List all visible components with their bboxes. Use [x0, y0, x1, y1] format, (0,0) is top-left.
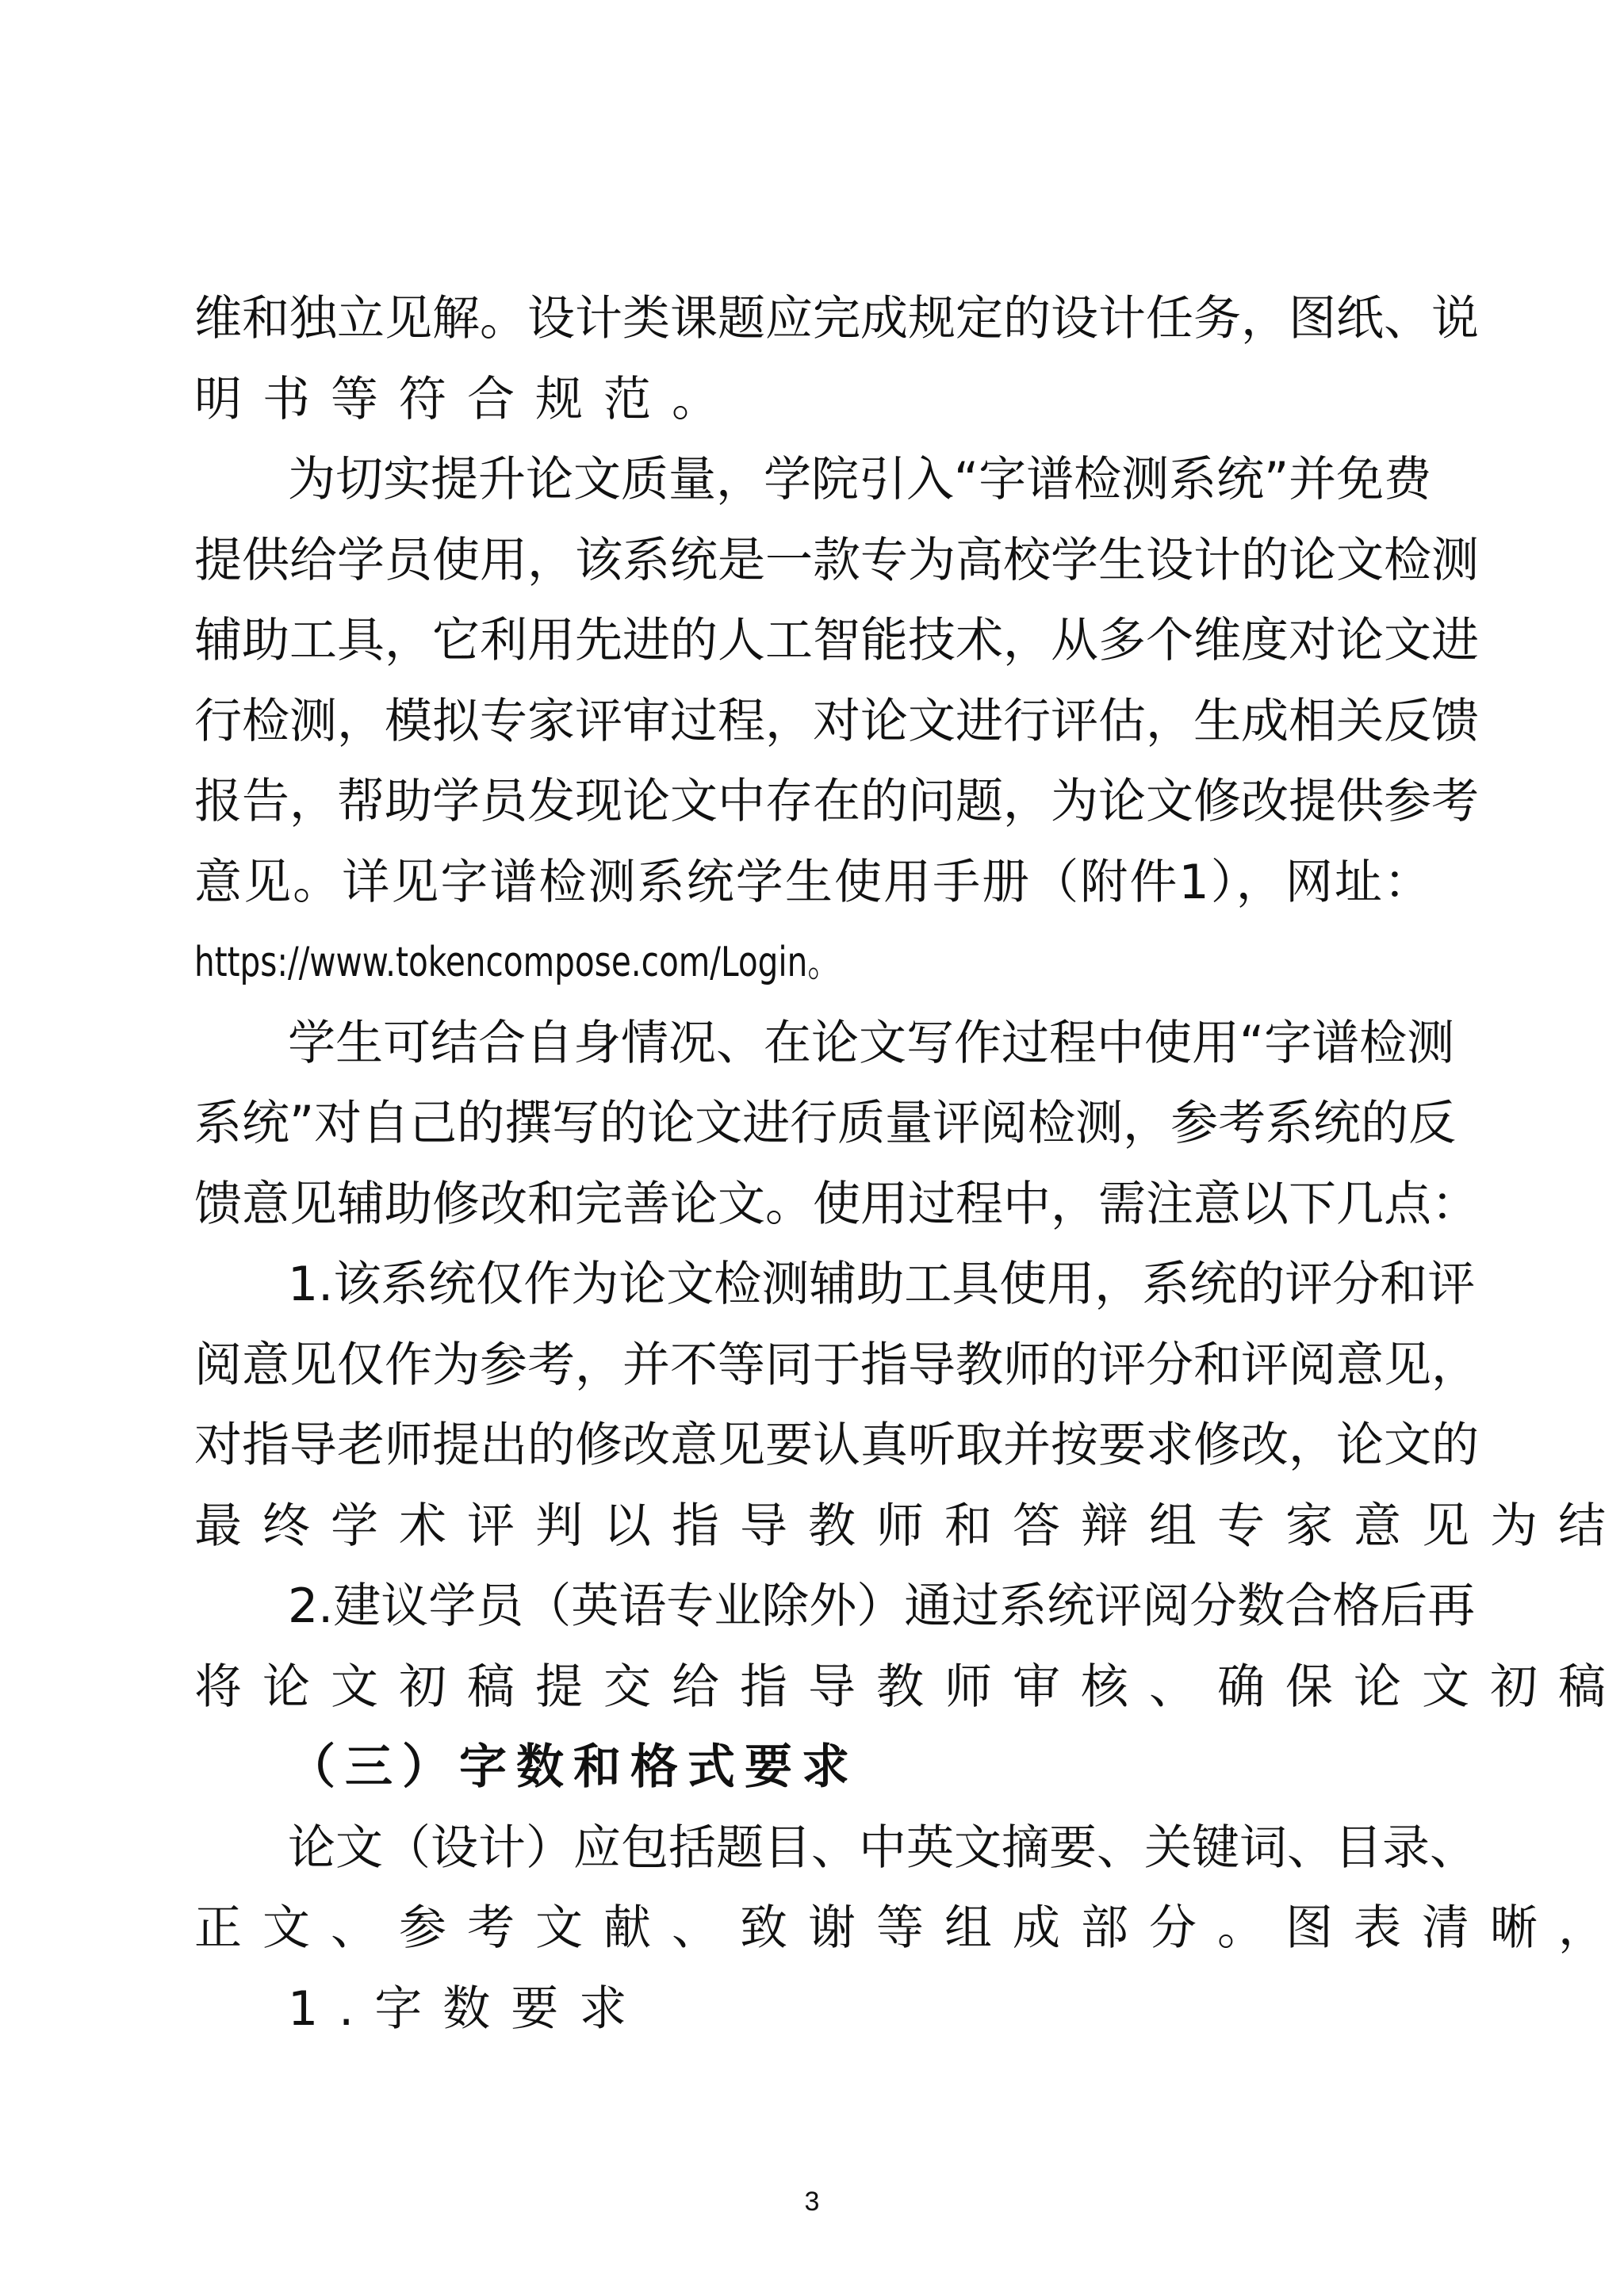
paragraph-line: 为切实提升论文质量，学院引入“字谱检测系统”并免费 [194, 440, 1431, 521]
list-item-line: 最终学术评判以指导教师和答辩组专家意见为结论。 [194, 1487, 1431, 1567]
document-page: 维和独立见解。设计类课题应完成规定的设计任务，图纸、说 明书等符合规范。 为切实… [0, 0, 1624, 2296]
list-item-line: 2.建议学员（英语专业除外）通过系统评阅分数合格后再 [194, 1567, 1431, 1647]
url-link[interactable]: https://www.tokencompose.com/Login。 [194, 923, 1431, 1004]
paragraph-line: 明书等符合规范。 [194, 360, 1431, 441]
list-item-line: 阅意见仅作为参考，并不等同于指导教师的评分和评阅意见， [194, 1326, 1431, 1406]
paragraph-line: 维和独立见解。设计类课题应完成规定的设计任务，图纸、说 [194, 279, 1431, 360]
paragraph-line: 辅助工具，它利用先进的人工智能技术，从多个维度对论文进 [194, 601, 1431, 682]
page-number: 3 [0, 2187, 1624, 2218]
list-item-line: 1.该系统仅作为论文检测辅助工具使用，系统的评分和评 [194, 1245, 1431, 1326]
document-body: 维和独立见解。设计类课题应完成规定的设计任务，图纸、说 明书等符合规范。 为切实… [194, 279, 1431, 2049]
paragraph-line: 正文、参考文献、致谢等组成部分。图表清晰，引注规范。 [194, 1888, 1431, 1969]
subsection-heading: 1.字数要求 [194, 1969, 1431, 2050]
list-item-line: 对指导老师提出的修改意见要认真听取并按要求修改，论文的 [194, 1406, 1431, 1487]
paragraph-line: 行检测，模拟专家评审过程，对论文进行评估，生成相关反馈 [194, 682, 1431, 763]
paragraph-line: 系统”对自己的撰写的论文进行质量评阅检测，参考系统的反 [194, 1084, 1431, 1165]
paragraph-line: 论文（设计）应包括题目、中英文摘要、关键词、目录、 [194, 1808, 1431, 1889]
paragraph-line: 馈意见辅助修改和完善论文。使用过程中，需注意以下几点： [194, 1165, 1431, 1246]
section-heading: （三）字数和格式要求 [194, 1728, 1431, 1808]
paragraph-line: 提供给学员使用，该系统是一款专为高校学生设计的论文检测 [194, 521, 1431, 602]
paragraph-line: 学生可结合自身情况、在论文写作过程中使用“字谱检测 [194, 1004, 1431, 1085]
paragraph-line: 报告，帮助学员发现论文中存在的问题，为论文修改提供参考 [194, 762, 1431, 843]
list-item-line: 将论文初稿提交给指导教师审核、确保论文初稿品质。 [194, 1647, 1431, 1728]
paragraph-line: 意见。详见字谱检测系统学生使用手册（附件1），网址： [194, 843, 1431, 924]
